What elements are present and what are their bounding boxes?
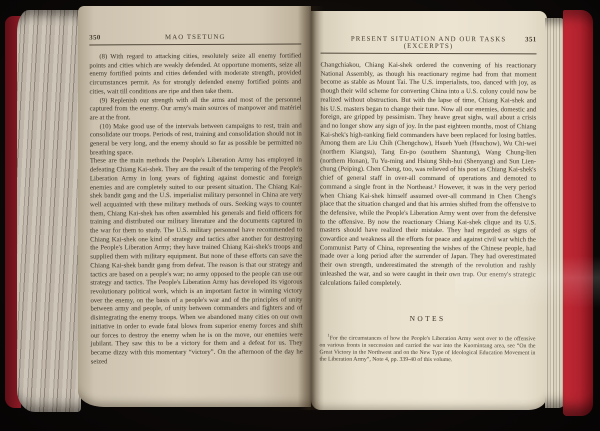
right-page-content: PRESENT SITUATION AND OUR TASKS (EXCERPT… <box>319 36 536 371</box>
paragraph: (10) Make good use of the intervals betw… <box>90 122 302 158</box>
left-page-stack-edge <box>17 10 81 412</box>
left-page-number: 350 <box>89 34 119 41</box>
book-cover-right-edge <box>563 10 593 416</box>
notes-heading: NOTES <box>320 314 536 324</box>
right-page-body-text: Changchiakou, Chiang Kai-shek ordered th… <box>320 62 537 289</box>
paragraph: (8) With regard to attacking cities, res… <box>89 53 301 97</box>
paragraph: Changchiakou, Chiang Kai-shek ordered th… <box>320 62 537 289</box>
left-running-head-title: MAO TSETUNG <box>119 34 271 42</box>
right-running-head-title: PRESENT SITUATION AND OUR TASKS (EXCERPT… <box>351 36 507 51</box>
paragraph: These are the main methods the People's … <box>90 157 303 367</box>
footnote: 1For the circumstances of how the People… <box>319 332 535 365</box>
left-running-head: 350 MAO TSETUNG <box>89 34 301 46</box>
footnote-text: For the circumstances of how the People'… <box>319 336 535 363</box>
paragraph: (9) Replenish our strength with all the … <box>90 96 302 123</box>
right-page-number: 351 <box>507 36 537 43</box>
left-page-body-text: (8) With regard to attacking cities, res… <box>89 53 302 367</box>
right-running-head: PRESENT SITUATION AND OUR TASKS (EXCERPT… <box>321 36 537 55</box>
book-photo-scene: 350 MAO TSETUNG (8) With regard to attac… <box>0 0 600 431</box>
left-page-content: 350 MAO TSETUNG (8) With regard to attac… <box>89 34 302 367</box>
